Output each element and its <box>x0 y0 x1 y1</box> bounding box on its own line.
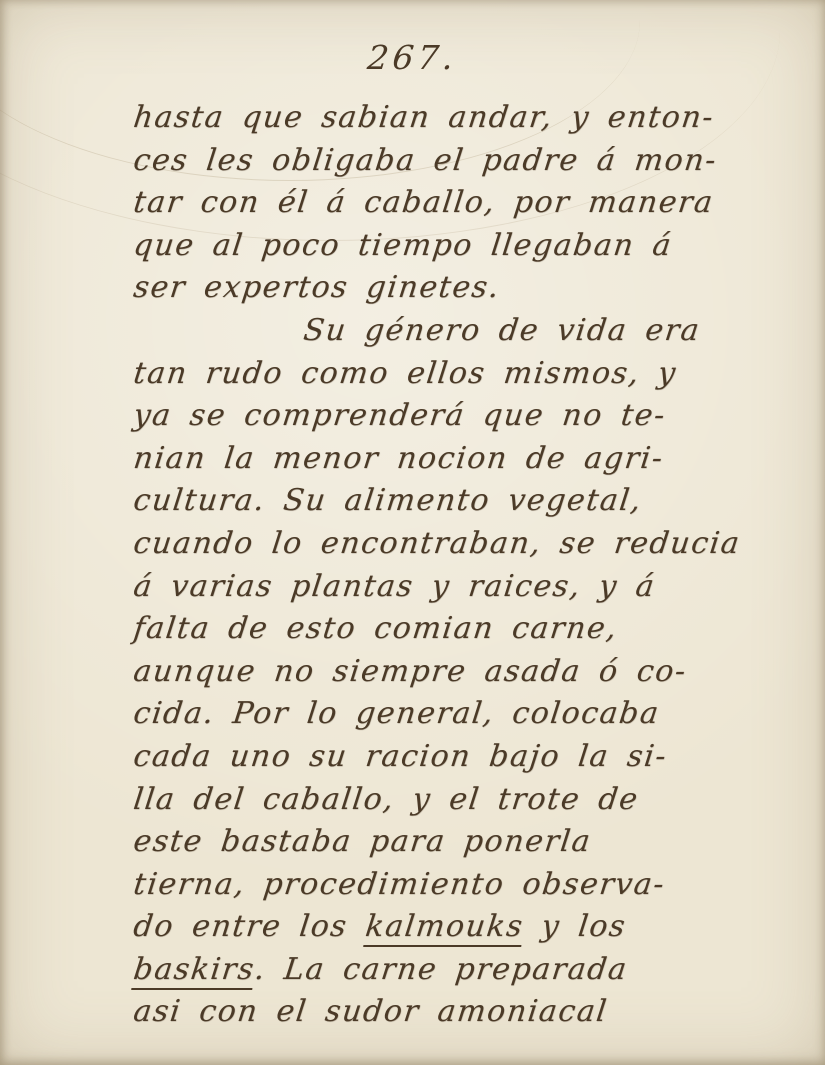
text-segment: . La carne preparada <box>253 952 630 987</box>
manuscript-line: aunque no siempre asada ó co- <box>131 651 742 694</box>
text-segment: ces les obligaba el padre á mon- <box>132 143 720 178</box>
manuscript-line: hasta que sabian andar, y enton- <box>131 97 742 140</box>
manuscript-line: ya se comprenderá que no te- <box>131 395 742 438</box>
text-segment: aunque no siempre asada ó co- <box>132 654 689 689</box>
manuscript-line: cida. Por lo general, colocaba <box>131 693 742 736</box>
manuscript-line: falta de esto comian carne, <box>131 608 742 651</box>
manuscript-line: cuando lo encontraban, se reducia <box>131 523 742 566</box>
text-segment: tierna, procedimiento observa- <box>132 867 668 902</box>
text-segment: cida. Por lo general, colocaba <box>132 696 662 731</box>
manuscript-line: cada uno su racion bajo la si- <box>131 736 742 779</box>
manuscript-line: cultura. Su alimento vegetal, <box>131 480 742 523</box>
text-segment: ya se comprenderá que no te- <box>132 398 668 433</box>
manuscript-line: tierna, procedimiento observa- <box>131 864 742 907</box>
manuscript-line: ces les obligaba el padre á mon- <box>131 140 742 183</box>
manuscript-line: que al poco tiempo llegaban á <box>131 225 742 268</box>
text-segment: falta de esto comian carne, <box>132 611 620 646</box>
page-number: 267. <box>0 38 825 77</box>
text-segment: do entre los <box>132 909 368 944</box>
manuscript-line: lla del caballo, y el trote de <box>131 779 742 822</box>
underlined-word: kalmouks <box>363 909 526 947</box>
manuscript-line: asi con el sudor amoniacal <box>131 991 742 1034</box>
manuscript-line: nian la menor nocion de agri- <box>131 438 742 481</box>
text-segment: tan rudo como ellos mismos, y <box>132 356 679 391</box>
text-segment: que al poco tiempo llegaban á <box>132 228 675 263</box>
manuscript-line: baskirs. La carne preparada <box>131 949 742 992</box>
manuscript-line: á varias plantas y raices, y á <box>131 566 742 609</box>
text-segment: cada uno su racion bajo la si- <box>132 739 670 774</box>
manuscript-line: Su género de vida era <box>131 310 742 353</box>
text-segment: asi con el sudor amoniacal <box>132 994 610 1029</box>
text-segment: hasta que sabian andar, y enton- <box>132 100 717 135</box>
manuscript-line: tar con él á caballo, por manera <box>131 182 742 225</box>
text-segment: cultura. Su alimento vegetal, <box>132 483 644 518</box>
text-segment: lla del caballo, y el trote de <box>132 782 641 817</box>
text-segment: á varias plantas y raices, y á <box>132 569 658 604</box>
manuscript-page: 267. hasta que sabian andar, y enton-ces… <box>0 0 825 1065</box>
manuscript-line: ser expertos ginetes. <box>131 267 742 310</box>
text-block: hasta que sabian andar, y enton-ces les … <box>131 97 737 1034</box>
manuscript-line: este bastaba para ponerla <box>131 821 742 864</box>
text-segment: cuando lo encontraban, se reducia <box>132 526 743 561</box>
text-segment: este bastaba para ponerla <box>132 824 594 859</box>
manuscript-line: tan rudo como ellos mismos, y <box>131 353 742 396</box>
text-segment: y los <box>521 909 628 944</box>
underlined-word: baskirs <box>131 952 257 990</box>
text-segment: Su género de vida era <box>302 313 703 348</box>
text-segment: nian la menor nocion de agri- <box>132 441 666 476</box>
manuscript-line: do entre los kalmouks y los <box>131 906 742 949</box>
text-segment: ser expertos ginetes. <box>132 270 503 305</box>
text-segment: tar con él á caballo, por manera <box>132 185 716 220</box>
